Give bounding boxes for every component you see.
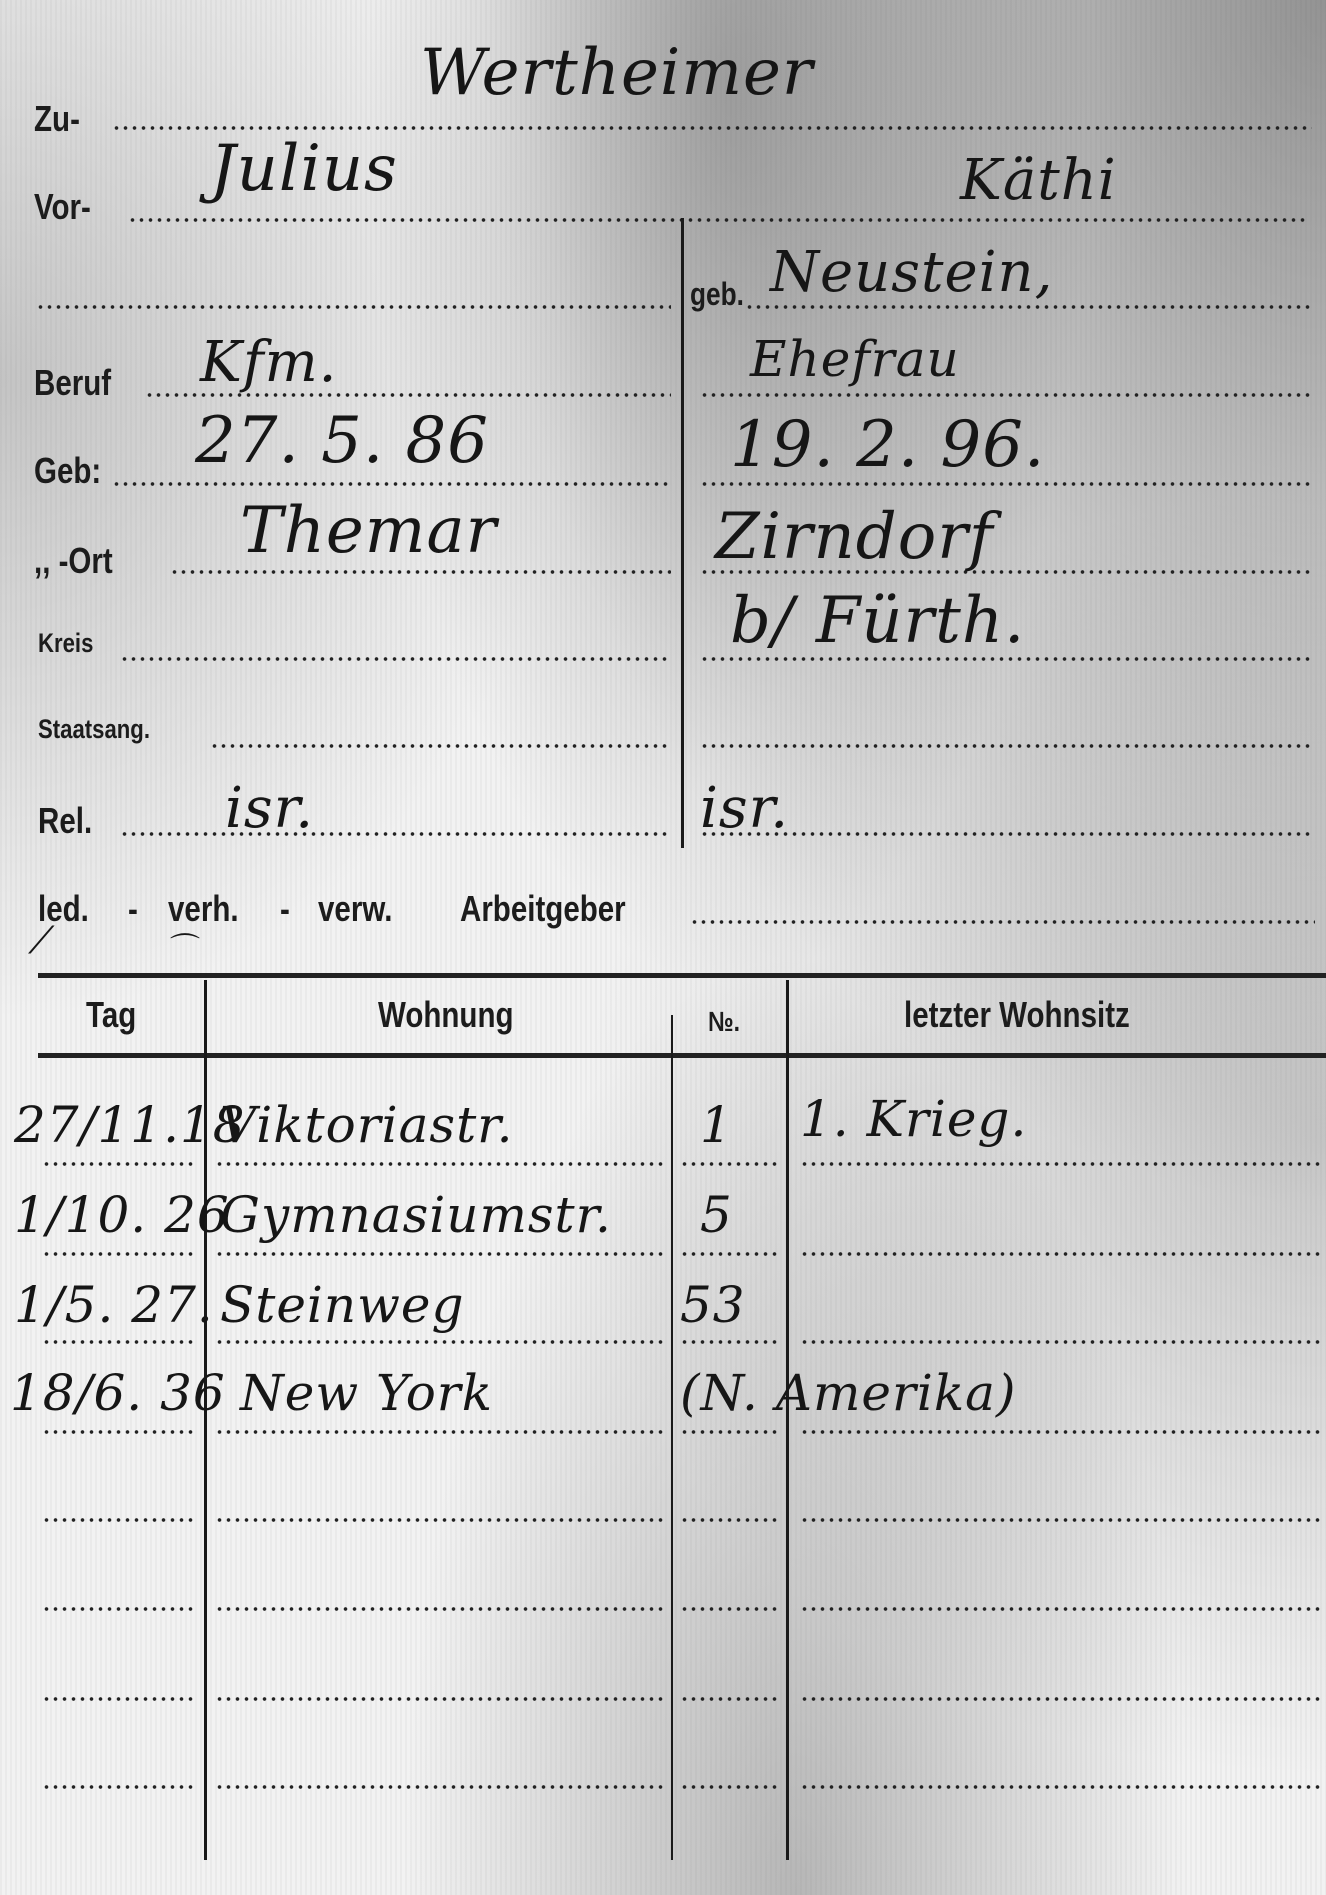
dotted-line: [42, 1340, 197, 1344]
dotted-line: [680, 1785, 780, 1789]
label-district: Kreis: [38, 628, 93, 659]
cell-number: 1: [700, 1096, 733, 1154]
dotted-line: [42, 1518, 197, 1522]
dotted-line: [690, 920, 1315, 924]
value-husband-given-name: Julius: [210, 132, 398, 206]
dotted-line: [680, 1518, 780, 1522]
dotted-line: [800, 1697, 1320, 1701]
dotted-line: [42, 1162, 197, 1166]
dotted-line: [120, 657, 671, 661]
dotted-line: [215, 1518, 665, 1522]
label-citizenship: Staatsang.: [38, 714, 150, 745]
dotted-line: [680, 1252, 780, 1256]
dotted-line: [215, 1252, 665, 1256]
dotted-line: [215, 1607, 665, 1611]
cell-previous: 1. Krieg.: [800, 1090, 1027, 1148]
value-wife-given-name: Käthi: [960, 148, 1117, 213]
value-wife-district: b/ Fürth.: [730, 584, 1025, 658]
cell-date: 18/6. 36: [10, 1364, 226, 1422]
cell-number: 5: [700, 1186, 733, 1244]
dotted-line: [215, 1697, 665, 1701]
value-wife-occupation: Ehefrau: [750, 330, 960, 388]
label-given-name: Vor-: [34, 186, 91, 228]
cell-previous: (N. Amerika): [680, 1364, 1016, 1422]
value-husband-religion: isr.: [225, 776, 314, 841]
dotted-line: [215, 1430, 665, 1434]
cell-date: 27/11.18: [14, 1096, 246, 1154]
dotted-line: [210, 744, 671, 748]
status-widowed: verw.: [318, 888, 392, 930]
value-wife-birth-place: Zirndorf: [715, 500, 994, 574]
dotted-line: [700, 832, 1310, 836]
dotted-line: [800, 1430, 1320, 1434]
dotted-line: [680, 1162, 780, 1166]
dotted-line: [680, 1340, 780, 1344]
header-number: №.: [708, 1006, 740, 1038]
dotted-line: [120, 832, 671, 836]
dotted-line: [800, 1340, 1320, 1344]
dotted-line: [36, 305, 671, 309]
value-wife-maiden-name: Neustein,: [770, 240, 1053, 305]
label-birth-place: ,, -Ort: [34, 540, 113, 582]
dotted-line: [800, 1518, 1320, 1522]
dotted-line: [680, 1697, 780, 1701]
table-top-border: [38, 973, 1326, 978]
dotted-line: [700, 744, 1310, 748]
label-occupation: Beruf: [34, 362, 111, 404]
cell-address: Gymnasiumstr.: [220, 1186, 612, 1244]
label-religion: Rel.: [38, 800, 92, 842]
underline-mark-married: ⌒: [170, 924, 200, 968]
dotted-line: [112, 482, 671, 486]
cell-number: 53: [680, 1276, 746, 1334]
registration-card: Zu- Wertheimer Vor- Julius Käthi geb. Ne…: [0, 0, 1326, 1895]
dotted-line: [128, 218, 1308, 222]
dotted-line: [170, 570, 671, 574]
label-maiden-name: geb.: [690, 276, 744, 313]
status-separator: -: [280, 888, 290, 930]
dotted-line: [42, 1697, 197, 1701]
dotted-line: [700, 393, 1310, 397]
dotted-line: [112, 126, 1312, 130]
cell-address: New York: [240, 1364, 493, 1422]
label-employer: Arbeitgeber: [460, 888, 626, 930]
header-date: Tag: [86, 994, 136, 1036]
dotted-line: [800, 1785, 1320, 1789]
dotted-line: [700, 482, 1310, 486]
dotted-line: [680, 1607, 780, 1611]
value-wife-birth-date: 19. 2. 96.: [730, 408, 1045, 482]
dotted-line: [215, 1785, 665, 1789]
dotted-line: [215, 1340, 665, 1344]
value-husband-birth-place: Themar: [240, 494, 497, 568]
dotted-line: [800, 1162, 1320, 1166]
dotted-line: [42, 1252, 197, 1256]
strike-mark-single: ⟋: [28, 918, 55, 963]
value-husband-occupation: Kfm.: [200, 330, 337, 395]
status-separator: -: [128, 888, 138, 930]
table-header-border: [38, 1053, 1326, 1058]
dotted-line: [42, 1607, 197, 1611]
header-previous-residence: letzter Wohnsitz: [904, 994, 1130, 1036]
value-wife-religion: isr.: [700, 776, 789, 841]
dotted-line: [745, 305, 1310, 309]
dotted-line: [215, 1162, 665, 1166]
dotted-line: [800, 1607, 1320, 1611]
column-divider: [671, 1015, 673, 1860]
dotted-line: [42, 1785, 197, 1789]
label-surname: Zu-: [34, 98, 80, 140]
dotted-line: [800, 1252, 1320, 1256]
dotted-line: [680, 1430, 780, 1434]
value-husband-birth-date: 27. 5. 86: [195, 404, 489, 478]
column-divider: [681, 218, 684, 848]
cell-address: Viktoriastr.: [220, 1096, 513, 1154]
label-birth-date: Geb:: [34, 450, 101, 492]
dotted-line: [42, 1430, 197, 1434]
cell-address: Steinweg: [220, 1276, 465, 1334]
cell-date: 1/5. 27.: [14, 1276, 214, 1334]
value-surname: Wertheimer: [420, 36, 813, 110]
header-residence: Wohnung: [378, 994, 514, 1036]
cell-date: 1/10. 26: [14, 1186, 230, 1244]
